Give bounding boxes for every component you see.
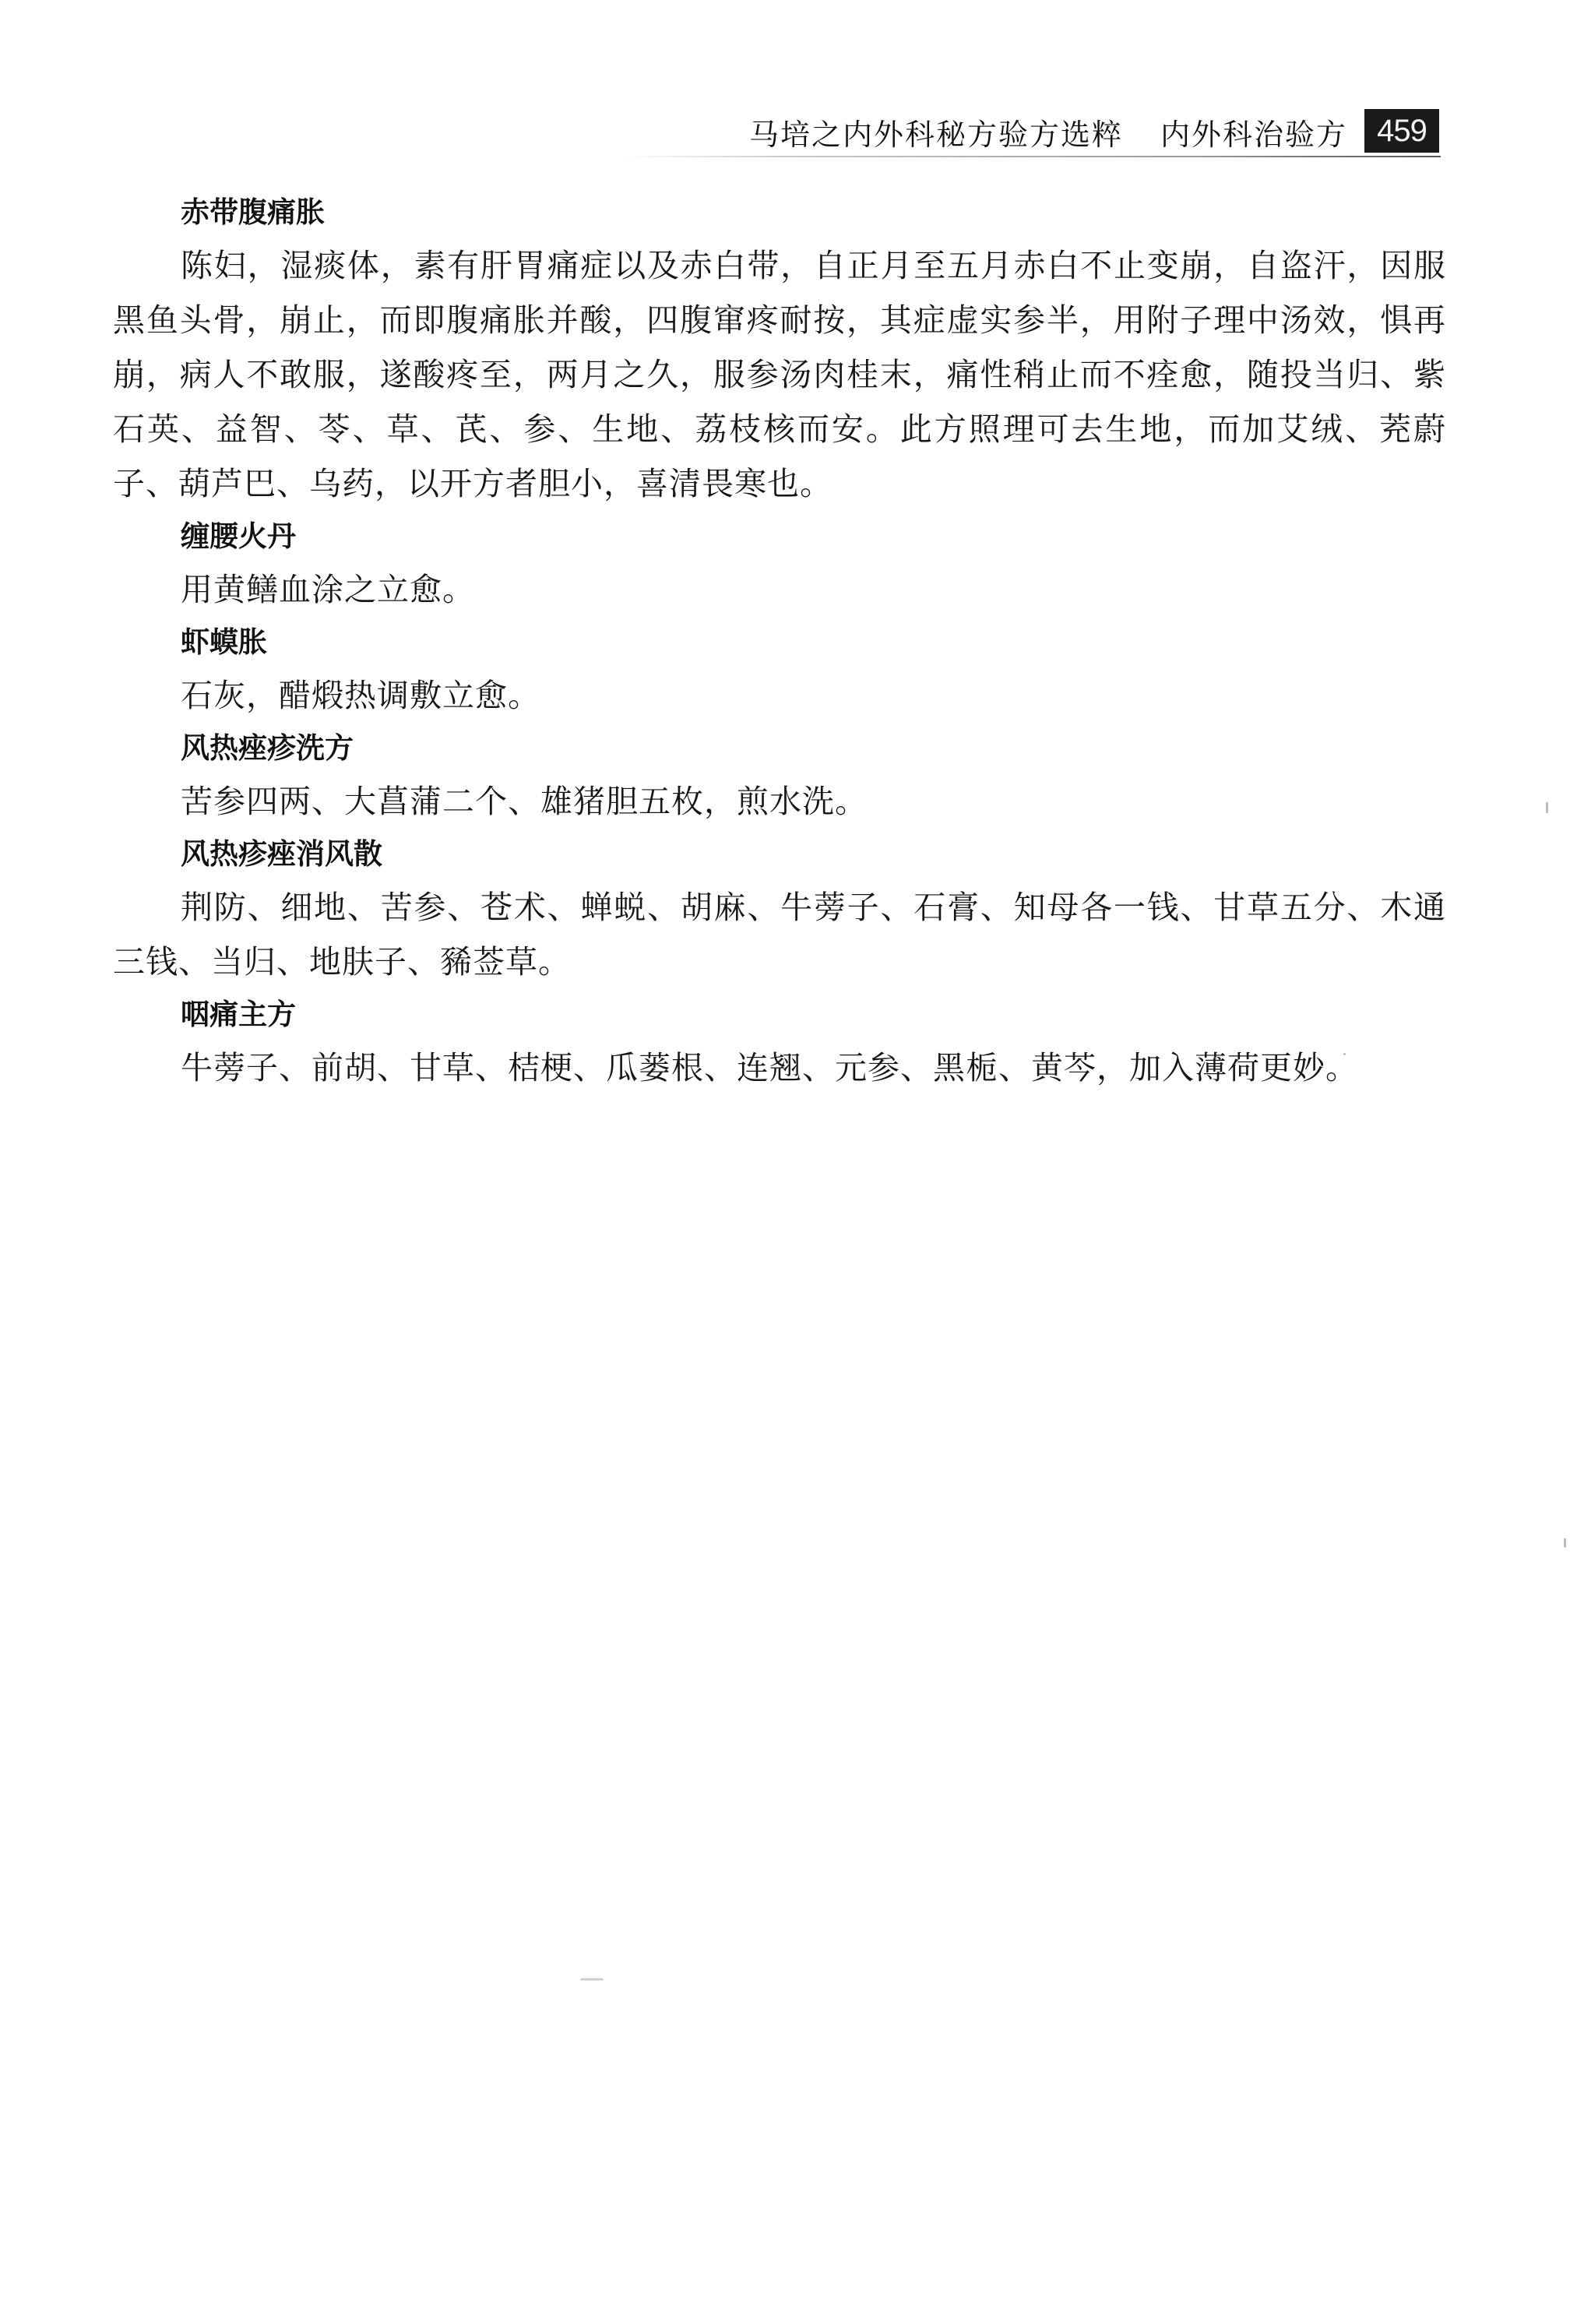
section-body: 牛蒡子、前胡、甘草、桔梗、瓜蒌根、连翘、元参、黑栀、黄芩，加入薄荷更妙。 (113, 1041, 1446, 1095)
section-body: 用黄鳝血涂之立愈。 (113, 562, 1446, 617)
page-content: 赤带腹痛胀 陈妇，湿痰体，素有肝胃痛症以及赤白带，自正月至五月赤白不止变崩，自盗… (113, 187, 1446, 1095)
section-fengre-zhencuo-xiaofengsan: 风热疹痤消风散 荆防、细地、苦参、苍术、蝉蜕、胡麻、牛蒡子、石膏、知母各一钱、甘… (113, 829, 1446, 989)
running-title: 马培之内外科秘方验方选粹内外科治验方 (749, 111, 1347, 153)
page-header: 马培之内外科秘方验方选粹内外科治验方 459 (0, 107, 1570, 162)
book-title: 马培之内外科秘方验方选粹 (749, 118, 1123, 152)
section-chidai-futongzhang: 赤带腹痛胀 陈妇，湿痰体，素有肝胃痛症以及赤白带，自正月至五月赤白不止变崩，自盗… (113, 187, 1446, 511)
header-rule (623, 156, 1441, 157)
chapter-title: 内外科治验方 (1160, 118, 1347, 152)
section-yantong-zhufang: 咽痛主方 牛蒡子、前胡、甘草、桔梗、瓜蒌根、连翘、元参、黑栀、黄芩，加入薄荷更妙… (113, 989, 1446, 1095)
section-heading: 赤带腹痛胀 (113, 187, 1446, 238)
section-chanyao-huodan: 缠腰火丹 用黄鳝血涂之立愈。 (113, 511, 1446, 617)
scan-speck (1546, 802, 1548, 813)
section-body: 荆防、细地、苦参、苍术、蝉蜕、胡麻、牛蒡子、石膏、知母各一钱、甘草五分、木通三钱… (113, 880, 1446, 989)
scan-speck (580, 1978, 604, 1981)
section-heading: 缠腰火丹 (113, 511, 1446, 562)
section-heading: 风热疹痤消风散 (113, 829, 1446, 880)
section-body: 苦参四两、大菖蒲二个、雄猪胆五枚，煎水洗。 (113, 774, 1446, 829)
section-xiama-zhang: 虾蟆胀 石灰，醋煅热调敷立愈。 (113, 617, 1446, 723)
section-body: 石灰，醋煅热调敷立愈。 (113, 668, 1446, 723)
page-number: 459 (1364, 109, 1439, 153)
scan-speck (1343, 1053, 1346, 1055)
section-fengre-cuozhen-xifang: 风热痤疹洗方 苦参四两、大菖蒲二个、雄猪胆五枚，煎水洗。 (113, 723, 1446, 829)
section-heading: 虾蟆胀 (113, 617, 1446, 668)
section-heading: 风热痤疹洗方 (113, 723, 1446, 774)
section-body: 陈妇，湿痰体，素有肝胃痛症以及赤白带，自正月至五月赤白不止变崩，自盗汗，因服黑鱼… (113, 238, 1446, 511)
section-heading: 咽痛主方 (113, 989, 1446, 1041)
scan-speck (1564, 1538, 1566, 1548)
